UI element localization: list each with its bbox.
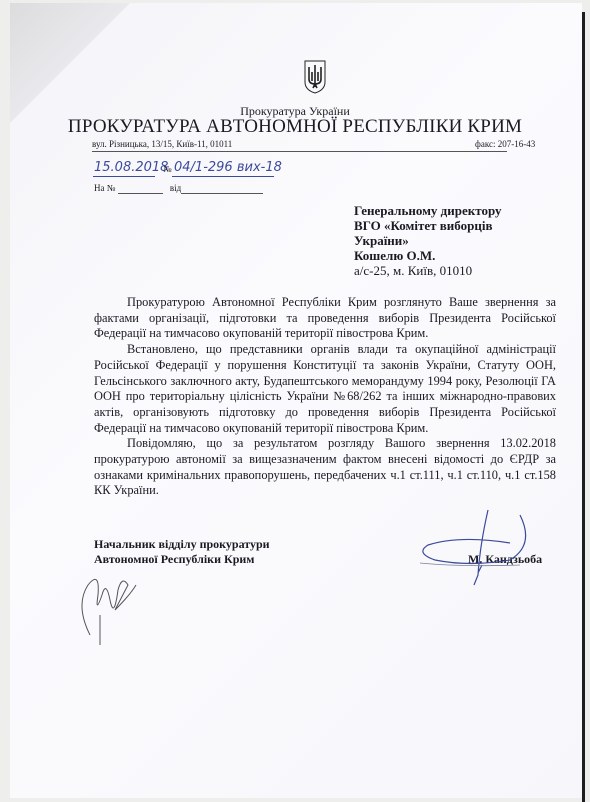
number-underline <box>172 176 274 177</box>
ref-number-blank <box>118 193 163 194</box>
date-underline <box>93 176 155 177</box>
recipient-org-cont: України» <box>354 233 409 248</box>
recipient-title: Генеральному директору <box>354 203 502 218</box>
paragraph: Повідомляю, що за результатом розгляду В… <box>94 436 556 499</box>
signatory-position: Начальник відділу прокуратури Автономної… <box>94 537 270 567</box>
ref-number-label: На № <box>94 183 115 193</box>
paragraph: Встановлено, що представники органів вла… <box>94 342 556 436</box>
recipient-address: а/с-25, м. Київ, 01010 <box>354 263 502 278</box>
letter-body: Прокуратурою Автономної Республіки Крим … <box>94 295 556 499</box>
recipient-block: Генеральному директору ВГО «Комітет вибо… <box>354 203 502 278</box>
org-title: ПРОКУРАТУРА АВТОНОМНОЇ РЕСПУБЛІКИ КРИМ <box>0 116 590 138</box>
trident-coat-of-arms-icon <box>303 60 327 94</box>
org-fax: факс: 207-16-43 <box>475 139 535 149</box>
ref-from-label: від <box>170 183 181 193</box>
ref-date-blank <box>181 193 263 194</box>
outgoing-date: 15.08.2018 <box>94 160 168 175</box>
reference-row: На № від <box>94 183 181 193</box>
position-line: Начальник відділу прокуратури <box>94 537 270 552</box>
letterhead-divider <box>92 151 507 152</box>
org-address: вул. Різницька, 13/15, Київ-11, 01011 <box>92 139 232 149</box>
paragraph: Прокуратурою Автономної Республіки Крим … <box>94 295 556 342</box>
recipient-name: Кошелю О.М. <box>354 248 435 263</box>
number-label: № <box>163 164 172 174</box>
outgoing-number: 04/1-296 вих-18 <box>174 160 282 175</box>
handwritten-initials-icon <box>70 565 140 650</box>
handwritten-signature-icon <box>360 505 560 595</box>
recipient-org: ВГО «Комітет виборців <box>354 218 492 233</box>
